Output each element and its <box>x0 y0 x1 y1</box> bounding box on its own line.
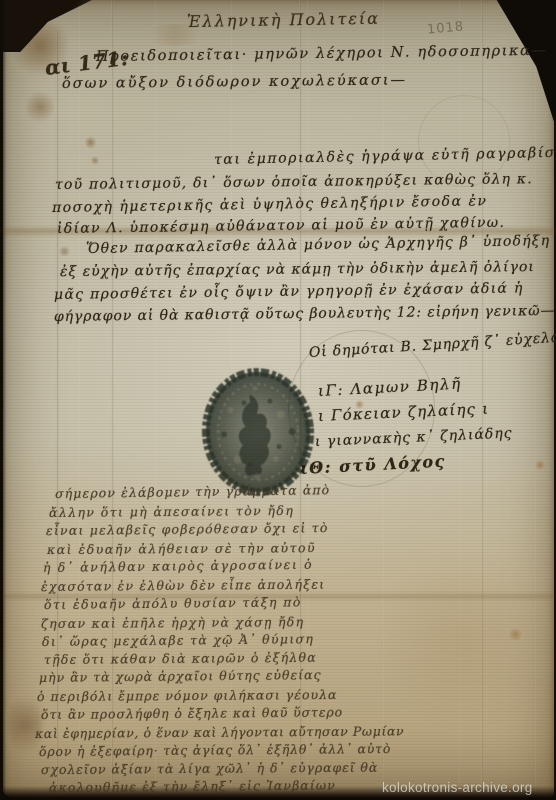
archive-watermark: kolokotronis-archive.org <box>382 780 533 795</box>
handwritten-line: ὅτι ἂν προσλήφθη ὁ ἔξηλε καὶ θαῦ ὕστερο <box>41 704 343 722</box>
handwritten-line: καὶ ἐδυαῆν ἀλήθειαν σὲ τὴν αὐτοῦ <box>47 540 316 557</box>
stain <box>535 460 545 470</box>
handwritten-line: ὅρον ἡ ἐξεφαίρη· τὰς ἁγίας ὅλ᾽ ἐξῆλθ᾽ ἀλ… <box>39 741 391 759</box>
handwritten-line: ὁ περιβόλι ἔμπρε νόμον φιλήκασι γέουλα <box>37 687 338 704</box>
handwritten-line: εἶναι μελαβεῖς φοβερόθεσαν ὄχι εἰ τὸ <box>46 520 329 538</box>
handwritten-line: ἀκολουθῆμε ἑξ τὴν ἔληξ᾽ εἰς Ἰανβαίων <box>49 777 336 795</box>
handwritten-line: ἐχασόταν ἐν ἐλθὼν δὲν εἶπε ἀπολήξει <box>41 577 325 594</box>
stain <box>509 628 522 641</box>
handwritten-line: δι᾽ ὥρας μεχάλαβε τὰ χῷ Ἀ᾽ θύμιση <box>42 631 314 649</box>
handwritten-line: καὶ ἐφημερίαν, ὁ ἕναν καὶ λήγονται αὔτησ… <box>35 723 404 741</box>
handwritten-line: ὅτι ἐδυαῆν ἀπόλυ θυσίαν τάξη πὸ <box>44 594 302 612</box>
handwritten-line: μὴν ἂν τὰ χωρὰ ἀρχαῖοι θύτης εὐθείας <box>39 667 322 685</box>
stain <box>85 136 96 149</box>
handwritten-line: ζησαν καὶ ἐπῆλε ἡρχὴ νὰ χάσῃ ἤδη <box>41 614 304 631</box>
handwritten-line: σχολεῖον ἀξίαν τὰ λίγα χῶλ᾽ ἡ δ᾽ εὐγραφε… <box>41 760 378 777</box>
handwritten-line: ἄλλην ὅτι μὴ ἀπεσαίνει τὸν ἤδη <box>49 503 294 520</box>
stain <box>383 545 543 735</box>
document-heading: Ἑλληνικὴ Πολιτεία <box>187 9 380 31</box>
stain <box>91 156 99 165</box>
handwritten-line: τῇδε ὅτι κάθαν διὰ καιρῶν ὁ ἐξήλθα <box>44 650 317 667</box>
stain <box>25 90 55 124</box>
fold-crease-vertical <box>481 0 484 797</box>
stain <box>59 246 70 257</box>
